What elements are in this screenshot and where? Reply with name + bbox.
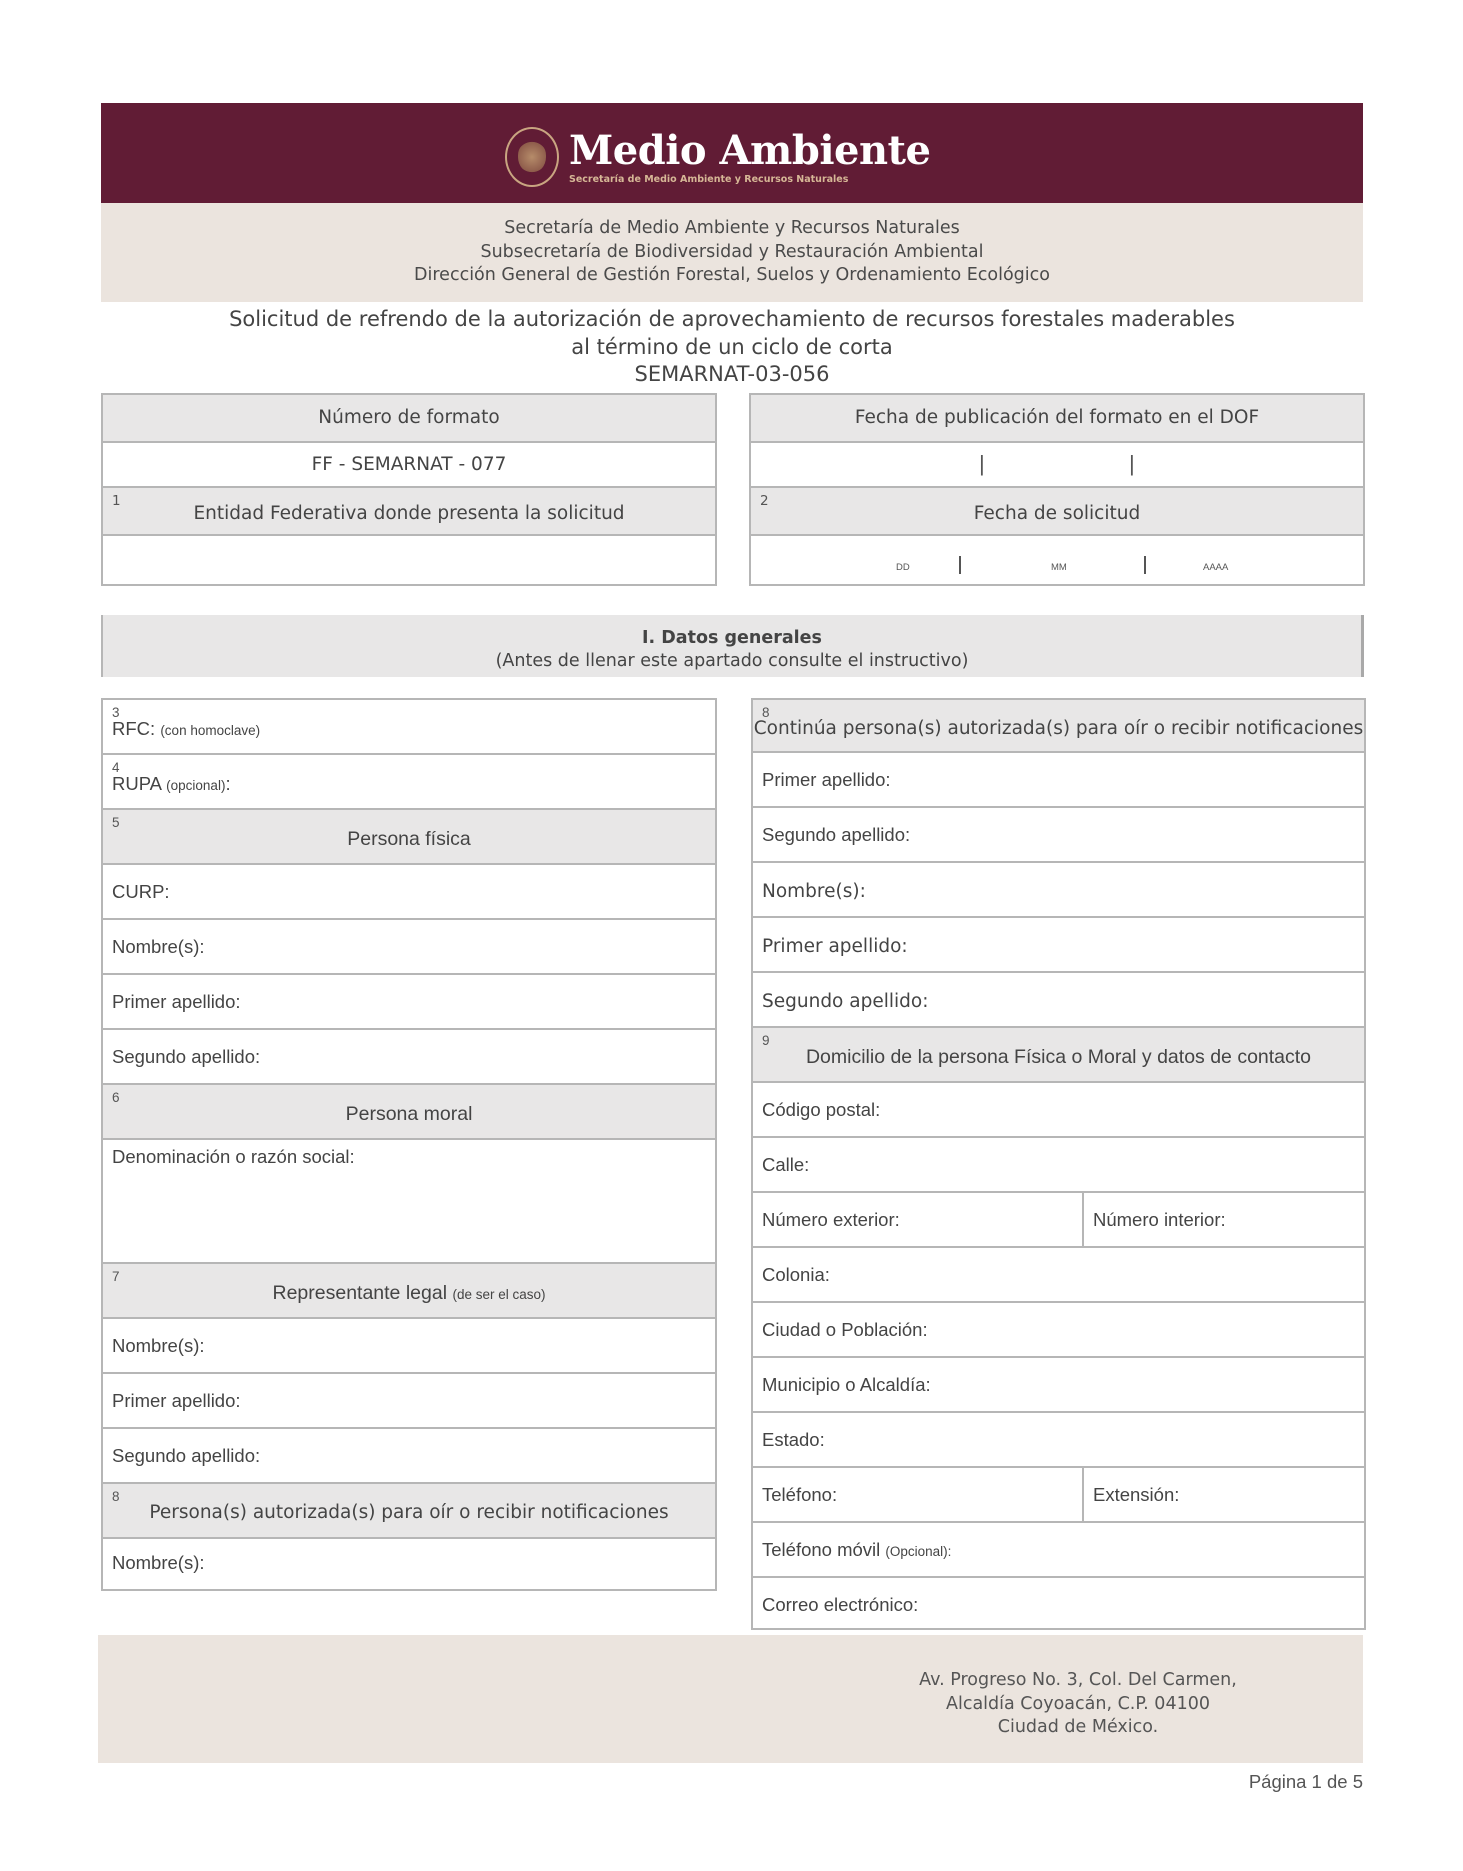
fisica-segundo-apellido-field[interactable]: Segundo apellido: [103,1030,715,1085]
segundo-apellido-label: Segundo apellido: [762,824,910,846]
footer-address: Av. Progreso No. 3, Col. Del Carmen, Alc… [918,1669,1238,1740]
representante-title: Representante legal [272,1282,447,1304]
segundo-apellido-label: Segundo apellido: [762,991,928,1012]
entity-input[interactable] [103,536,715,584]
section-subtitle: (Antes de llenar este apartado consulte … [103,650,1361,673]
colonia-field[interactable]: Colonia: [753,1248,1364,1303]
dof-label: Fecha de publicación del formato en el D… [751,407,1363,428]
correo-field[interactable]: Correo electrónico: [753,1578,1364,1630]
autorizadas-header: 8 Persona(s) autorizada(s) para oír o re… [103,1484,715,1539]
movil-field[interactable]: Teléfono móvil (Opcional): [753,1523,1364,1578]
request-date-input[interactable]: DD MM AAAA [751,536,1363,584]
razon-social-field[interactable]: Denominación o razón social: [103,1140,715,1264]
year-placeholder: AAAA [1203,562,1228,573]
logo: Medio Ambiente Secretaría de Medio Ambie… [505,127,930,187]
form-title-line-2: al término de un ciclo de corta [101,334,1363,362]
continua-nombre-field[interactable]: Nombre(s): [753,863,1364,918]
page-number: Página 1 de 5 [1249,1771,1363,1793]
date-divider [959,556,961,574]
request-date-label: Fecha de solicitud [751,503,1363,524]
continua-segundo-apellido-2-field[interactable]: Segundo apellido: [753,973,1364,1028]
rupa-field[interactable]: 4 RUPA (opcional): [103,755,715,810]
rfc-label: RFC: [112,718,155,739]
calle-field[interactable]: Calle: [753,1138,1364,1193]
fisica-nombre-field[interactable]: Nombre(s): [103,920,715,975]
primer-apellido-label: Primer apellido: [762,769,891,791]
continua-segundo-apellido-field[interactable]: Segundo apellido: [753,808,1364,863]
rfc-note: (con homoclave) [160,723,260,738]
municipio-field[interactable]: Municipio o Alcaldía: [753,1358,1364,1413]
continua-primer-apellido-field[interactable]: Primer apellido: [753,753,1364,808]
colonia-label: Colonia: [762,1264,830,1286]
nombre-label: Nombre(s): [112,1335,205,1357]
curp-label: CURP: [112,881,170,903]
primer-apellido-label: Primer apellido: [112,1390,241,1412]
form-code: SEMARNAT-03-056 [101,361,1363,389]
persona-fisica-header: 5 Persona física [103,810,715,865]
persona-moral-header: 6 Persona moral [103,1085,715,1140]
format-number-value: FF - SEMARNAT - 077 [103,454,715,475]
persona-fisica-title: Persona física [103,828,715,851]
rupa-note: (opcional) [166,778,225,793]
telefono-label: Teléfono: [762,1484,837,1506]
razon-social-label: Denominación o razón social: [112,1146,355,1168]
coat-of-arms-seal-icon [505,127,559,187]
form-title-line-1: Solicitud de refrendo de la autorización… [101,306,1363,334]
telefono-row: Teléfono: Extensión: [753,1468,1364,1523]
dates-box: Fecha de publicación del formato en el D… [749,393,1365,586]
footer-band: Av. Progreso No. 3, Col. Del Carmen, Alc… [98,1635,1363,1763]
entity-label: Entidad Federativa donde presenta la sol… [103,503,715,524]
format-number-box: Número de formato FF - SEMARNAT - 077 1 … [101,393,717,586]
entity-header: 1 Entidad Federativa donde presenta la s… [103,488,715,536]
extension-label: Extensión: [1093,1484,1179,1506]
municipio-label: Municipio o Alcaldía: [762,1374,931,1396]
dof-header: Fecha de publicación del formato en el D… [751,395,1363,443]
numero-row: Número exterior: Número interior: [753,1193,1364,1248]
segundo-apellido-label: Segundo apellido: [112,1445,260,1467]
section-title: I. Datos generales [642,628,822,648]
autorizadas-title: Persona(s) autorizada(s) para oír o reci… [103,1502,715,1523]
continua-autorizadas-title: Continúa persona(s) autorizada(s) para o… [753,718,1364,739]
rupa-label: RUPA [112,773,161,794]
nombre-label: Nombre(s): [112,936,205,958]
address-line-2: Alcaldía Coyoacán, C.P. 04100 [918,1693,1238,1717]
dof-separator-1: | [979,451,985,477]
left-column-form: 3 RFC: (con homoclave) 4 RUPA (opcional)… [101,698,717,1591]
domicilio-title: Domicilio de la persona Física o Moral y… [753,1046,1364,1069]
primer-apellido-label: Primer apellido: [762,936,908,957]
dof-value-row[interactable]: | | [751,443,1363,488]
numero-interior-label: Número interior: [1093,1209,1226,1231]
telefono-field[interactable]: Teléfono: [753,1468,1082,1521]
address-line-3: Ciudad de México. [918,1716,1238,1740]
format-number-value-row: FF - SEMARNAT - 077 [103,443,715,488]
fisica-primer-apellido-field[interactable]: Primer apellido: [103,975,715,1030]
codigo-postal-label: Código postal: [762,1099,880,1121]
rupa-colon: : [225,773,230,794]
curp-field[interactable]: CURP: [103,865,715,920]
representante-segundo-apellido-field[interactable]: Segundo apellido: [103,1429,715,1484]
request-date-header: 2 Fecha de solicitud [751,488,1363,536]
continua-autorizadas-header: 8 Continúa persona(s) autorizada(s) para… [753,700,1364,753]
form-title: Solicitud de refrendo de la autorización… [101,306,1363,389]
autorizadas-nombre-field[interactable]: Nombre(s): [103,1539,715,1591]
extension-field[interactable]: Extensión: [1084,1468,1364,1521]
format-number-header: Número de formato [103,395,715,443]
movil-note: (Opcional): [885,1544,951,1559]
nombre-label: Nombre(s): [112,1552,205,1574]
ciudad-field[interactable]: Ciudad o Población: [753,1303,1364,1358]
continua-primer-apellido-2-field[interactable]: Primer apellido: [753,918,1364,973]
agency-line-2: Subsecretaría de Biodiversidad y Restaur… [101,241,1363,265]
numero-exterior-label: Número exterior: [762,1209,900,1231]
codigo-postal-field[interactable]: Código postal: [753,1083,1364,1138]
estado-field[interactable]: Estado: [753,1413,1364,1468]
agency-line-1: Secretaría de Medio Ambiente y Recursos … [101,217,1363,241]
representante-header: 7 Representante legal (de ser el caso) [103,1264,715,1319]
header-banner: Medio Ambiente Secretaría de Medio Ambie… [101,103,1363,203]
brand-subtitle: Secretaría de Medio Ambiente y Recursos … [569,174,930,185]
dof-separator-2: | [1129,451,1135,477]
ciudad-label: Ciudad o Población: [762,1319,928,1341]
correo-label: Correo electrónico: [762,1594,918,1616]
day-placeholder: DD [896,562,910,573]
calle-label: Calle: [762,1154,809,1176]
representante-primer-apellido-field[interactable]: Primer apellido: [103,1374,715,1429]
section-header: I. Datos generales (Antes de llenar este… [101,615,1364,677]
rfc-field[interactable]: 3 RFC: (con homoclave) [103,700,715,755]
nombre-label: Nombre(s): [762,881,866,902]
right-column-form: 8 Continúa persona(s) autorizada(s) para… [751,698,1366,1630]
agency-line-3: Dirección General de Gestión Forestal, S… [101,264,1363,288]
agency-band: Secretaría de Medio Ambiente y Recursos … [101,203,1363,302]
format-number-label: Número de formato [103,407,715,428]
segundo-apellido-label: Segundo apellido: [112,1046,260,1068]
primer-apellido-label: Primer apellido: [112,991,241,1013]
brand-name: Medio Ambiente [569,130,930,172]
estado-label: Estado: [762,1429,825,1451]
numero-exterior-field[interactable]: Número exterior: [753,1193,1082,1246]
numero-interior-field[interactable]: Número interior: [1084,1193,1364,1246]
representante-nombre-field[interactable]: Nombre(s): [103,1319,715,1374]
movil-label: Teléfono móvil [762,1539,880,1560]
address-line-1: Av. Progreso No. 3, Col. Del Carmen, [918,1669,1238,1693]
domicilio-header: 9 Domicilio de la persona Física o Moral… [753,1028,1364,1083]
representante-note: (de ser el caso) [452,1287,545,1302]
month-placeholder: MM [1051,562,1067,573]
date-divider [1144,556,1146,574]
persona-moral-title: Persona moral [103,1103,715,1126]
